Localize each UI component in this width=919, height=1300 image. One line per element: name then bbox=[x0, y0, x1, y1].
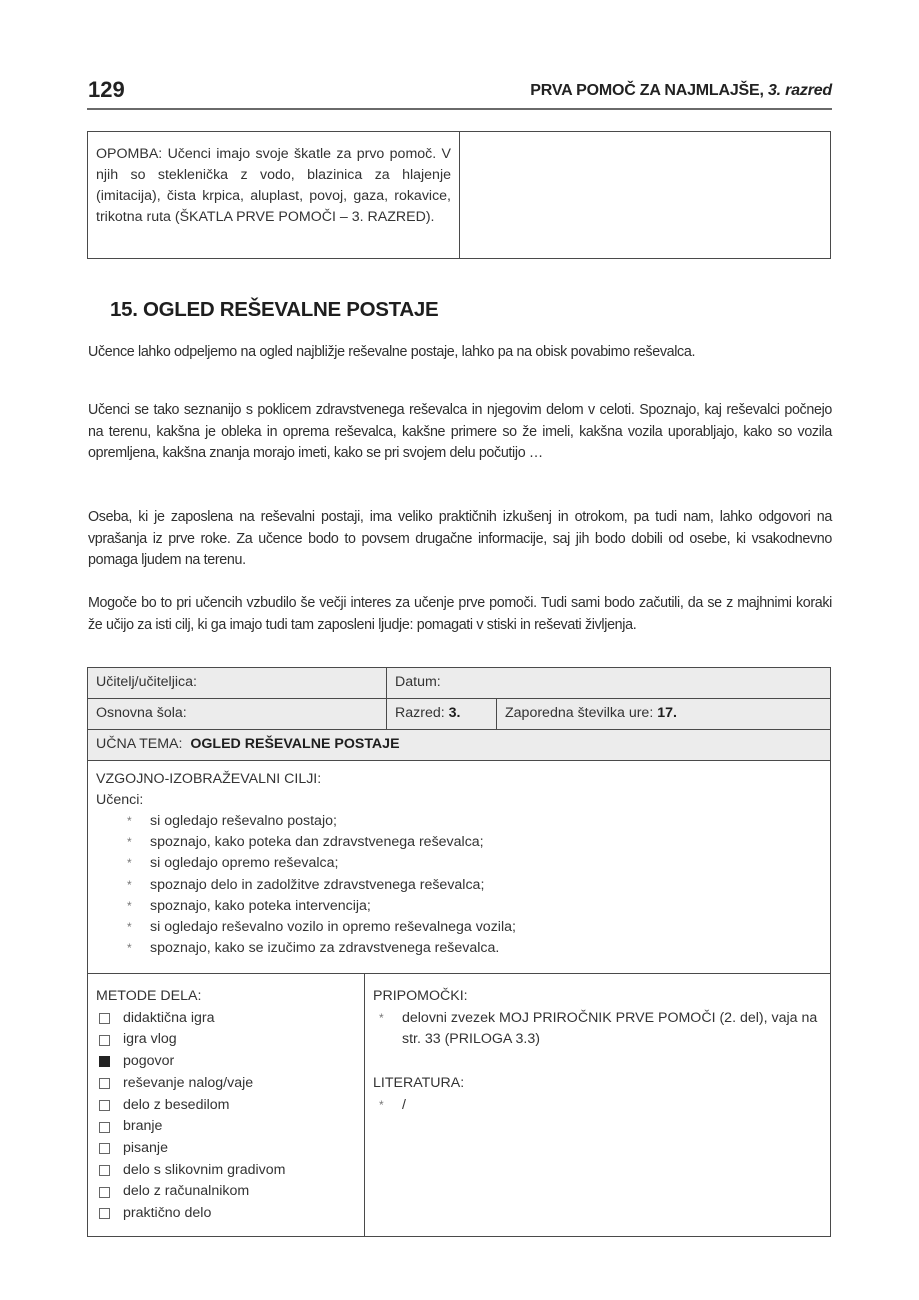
goal-item: *spoznajo, kako poteka dan zdravstvenega… bbox=[124, 832, 822, 853]
grade-value: 3. bbox=[449, 705, 461, 721]
method-item[interactable]: delo z besedilom bbox=[99, 1095, 356, 1117]
method-item[interactable]: pogovor bbox=[99, 1051, 356, 1073]
page-header: 129 PRVA POMOČ ZA NAJMLAJŠE, 3. razred bbox=[87, 74, 832, 110]
book-title: PRVA POMOČ ZA NAJMLAJŠE, bbox=[530, 82, 763, 99]
date-label: Datum: bbox=[386, 668, 830, 698]
lesson-number-label: Zaporedna številka ure: bbox=[505, 705, 653, 721]
goal-item: *spoznajo delo in zadolžitve zdravstvene… bbox=[124, 875, 822, 896]
method-item[interactable]: branje bbox=[99, 1116, 356, 1138]
literature-item-text: / bbox=[402, 1097, 406, 1113]
note-text: OPOMBA: Učenci imajo svoje škatle za prv… bbox=[88, 132, 460, 258]
method-label: reševanje nalog/vaje bbox=[123, 1073, 253, 1095]
goal-item-text: spoznajo delo in zadolžitve zdravstveneg… bbox=[150, 877, 484, 893]
empty-checkbox-icon[interactable] bbox=[99, 1187, 110, 1198]
empty-checkbox-icon[interactable] bbox=[99, 1122, 110, 1133]
empty-checkbox-icon[interactable] bbox=[99, 1143, 110, 1154]
literature-list: */ bbox=[373, 1095, 822, 1116]
teacher-label: Učitelj/učiteljica: bbox=[88, 668, 386, 698]
goals-list: *si ogledajo reševalno postajo;*spoznajo… bbox=[96, 811, 822, 959]
goal-item-text: spoznajo, kako poteka intervencija; bbox=[150, 898, 371, 914]
goal-item-text: spoznajo, kako se izučimo za zdravstvene… bbox=[150, 940, 499, 956]
topic-label: UČNA TEMA: bbox=[96, 736, 182, 752]
note-table: OPOMBA: Učenci imajo svoje škatle za prv… bbox=[87, 131, 831, 259]
goals-subject: Učenci: bbox=[96, 790, 822, 811]
method-item[interactable]: didaktična igra bbox=[99, 1008, 356, 1030]
empty-checkbox-icon[interactable] bbox=[99, 1100, 110, 1111]
methods-title: METODE DELA: bbox=[96, 986, 356, 1008]
goals-title: VZGOJNO-IZOBRAŽEVALNI CILJI: bbox=[96, 769, 822, 790]
method-item[interactable]: reševanje nalog/vaje bbox=[99, 1073, 356, 1095]
grade-cell: Razred: 3. bbox=[386, 699, 496, 729]
empty-checkbox-icon[interactable] bbox=[99, 1165, 110, 1176]
method-label: didaktična igra bbox=[123, 1008, 215, 1030]
asterisk-bullet-icon: * bbox=[379, 1008, 384, 1029]
literature-item: */ bbox=[376, 1095, 822, 1116]
method-item[interactable]: igra vlog bbox=[99, 1029, 356, 1051]
topic-row: UČNA TEMA: OGLED REŠEVALNE POSTAJE bbox=[88, 730, 830, 761]
aid-item: *delovni zvezek MOJ PRIROČNIK PRVE POMOČ… bbox=[376, 1008, 822, 1050]
method-label: delo z besedilom bbox=[123, 1095, 229, 1117]
methods-list: didaktična igraigra vlogpogovorreševanje… bbox=[96, 1008, 356, 1225]
paragraph: Mogoče bo to pri učencih vzbudilo še več… bbox=[88, 593, 832, 636]
grade-label: 3. razred bbox=[768, 82, 832, 99]
literature-title: LITERATURA: bbox=[373, 1073, 822, 1095]
method-label: pisanje bbox=[123, 1138, 168, 1160]
method-item[interactable]: delo z računalnikom bbox=[99, 1181, 356, 1203]
goal-item-text: spoznajo, kako poteka dan zdravstvenega … bbox=[150, 834, 484, 850]
goal-item-text: si ogledajo reševalno vozilo in opremo r… bbox=[150, 919, 516, 935]
method-item[interactable]: delo s slikovnim gradivom bbox=[99, 1160, 356, 1182]
methods-aids-row: METODE DELA: didaktična igraigra vlogpog… bbox=[88, 974, 830, 1236]
method-label: delo s slikovnim gradivom bbox=[123, 1160, 285, 1182]
lesson-number-value: 17. bbox=[657, 705, 677, 721]
method-item[interactable]: praktično delo bbox=[99, 1203, 356, 1225]
grade-label: Razred: bbox=[395, 705, 445, 721]
method-label: pogovor bbox=[123, 1051, 174, 1073]
method-label: branje bbox=[123, 1116, 162, 1138]
lesson-number-cell: Zaporedna številka ure: 17. bbox=[496, 699, 830, 729]
methods-section: METODE DELA: didaktična igraigra vlogpog… bbox=[88, 974, 365, 1236]
goal-item: *si ogledajo opremo reševalca; bbox=[124, 853, 822, 874]
empty-checkbox-icon[interactable] bbox=[99, 1013, 110, 1024]
asterisk-bullet-icon: * bbox=[127, 875, 132, 896]
paragraph: Učence lahko odpeljemo na ogled najbližj… bbox=[88, 342, 832, 364]
goal-item: *si ogledajo reševalno vozilo in opremo … bbox=[124, 917, 822, 938]
teacher-row: Učitelj/učiteljica: Datum: bbox=[88, 668, 830, 699]
note-empty-cell bbox=[460, 132, 830, 258]
empty-checkbox-icon[interactable] bbox=[99, 1078, 110, 1089]
paragraph: Učenci se tako seznanijo s poklicem zdra… bbox=[88, 400, 832, 465]
lesson-plan-table: Učitelj/učiteljica: Datum: Osnovna šola:… bbox=[87, 667, 831, 1237]
method-label: delo z računalnikom bbox=[123, 1181, 249, 1203]
asterisk-bullet-icon: * bbox=[127, 853, 132, 874]
aids-list: *delovni zvezek MOJ PRIROČNIK PRVE POMOČ… bbox=[373, 1008, 822, 1050]
section-title: 15. OGLED REŠEVALNE POSTAJE bbox=[110, 298, 438, 322]
school-label: Osnovna šola: bbox=[88, 699, 386, 729]
empty-checkbox-icon[interactable] bbox=[99, 1208, 110, 1219]
asterisk-bullet-icon: * bbox=[127, 938, 132, 959]
checked-checkbox-icon[interactable] bbox=[99, 1056, 110, 1067]
paragraph: Oseba, ki je zaposlena na reševalni post… bbox=[88, 507, 832, 572]
asterisk-bullet-icon: * bbox=[127, 832, 132, 853]
asterisk-bullet-icon: * bbox=[379, 1095, 384, 1116]
method-label: igra vlog bbox=[123, 1029, 177, 1051]
goal-item-text: si ogledajo reševalno postajo; bbox=[150, 813, 337, 829]
asterisk-bullet-icon: * bbox=[127, 811, 132, 832]
asterisk-bullet-icon: * bbox=[127, 917, 132, 938]
goal-item: *si ogledajo reševalno postajo; bbox=[124, 811, 822, 832]
running-title: PRVA POMOČ ZA NAJMLAJŠE, 3. razred bbox=[530, 82, 832, 100]
aid-item-text: delovni zvezek MOJ PRIROČNIK PRVE POMOČI… bbox=[402, 1010, 817, 1047]
page-number: 129 bbox=[88, 77, 125, 103]
goal-item: *spoznajo, kako se izučimo za zdravstven… bbox=[124, 938, 822, 959]
aids-section: PRIPOMOČKI: *delovni zvezek MOJ PRIROČNI… bbox=[365, 974, 830, 1236]
method-item[interactable]: pisanje bbox=[99, 1138, 356, 1160]
goals-section: VZGOJNO-IZOBRAŽEVALNI CILJI: Učenci: *si… bbox=[88, 761, 830, 974]
topic-value: OGLED REŠEVALNE POSTAJE bbox=[190, 736, 399, 752]
aids-title: PRIPOMOČKI: bbox=[373, 986, 822, 1008]
school-row: Osnovna šola: Razred: 3. Zaporedna števi… bbox=[88, 699, 830, 730]
goal-item-text: si ogledajo opremo reševalca; bbox=[150, 855, 338, 871]
asterisk-bullet-icon: * bbox=[127, 896, 132, 917]
goal-item: *spoznajo, kako poteka intervencija; bbox=[124, 896, 822, 917]
empty-checkbox-icon[interactable] bbox=[99, 1035, 110, 1046]
method-label: praktično delo bbox=[123, 1203, 211, 1225]
topic-cell: UČNA TEMA: OGLED REŠEVALNE POSTAJE bbox=[88, 730, 830, 760]
